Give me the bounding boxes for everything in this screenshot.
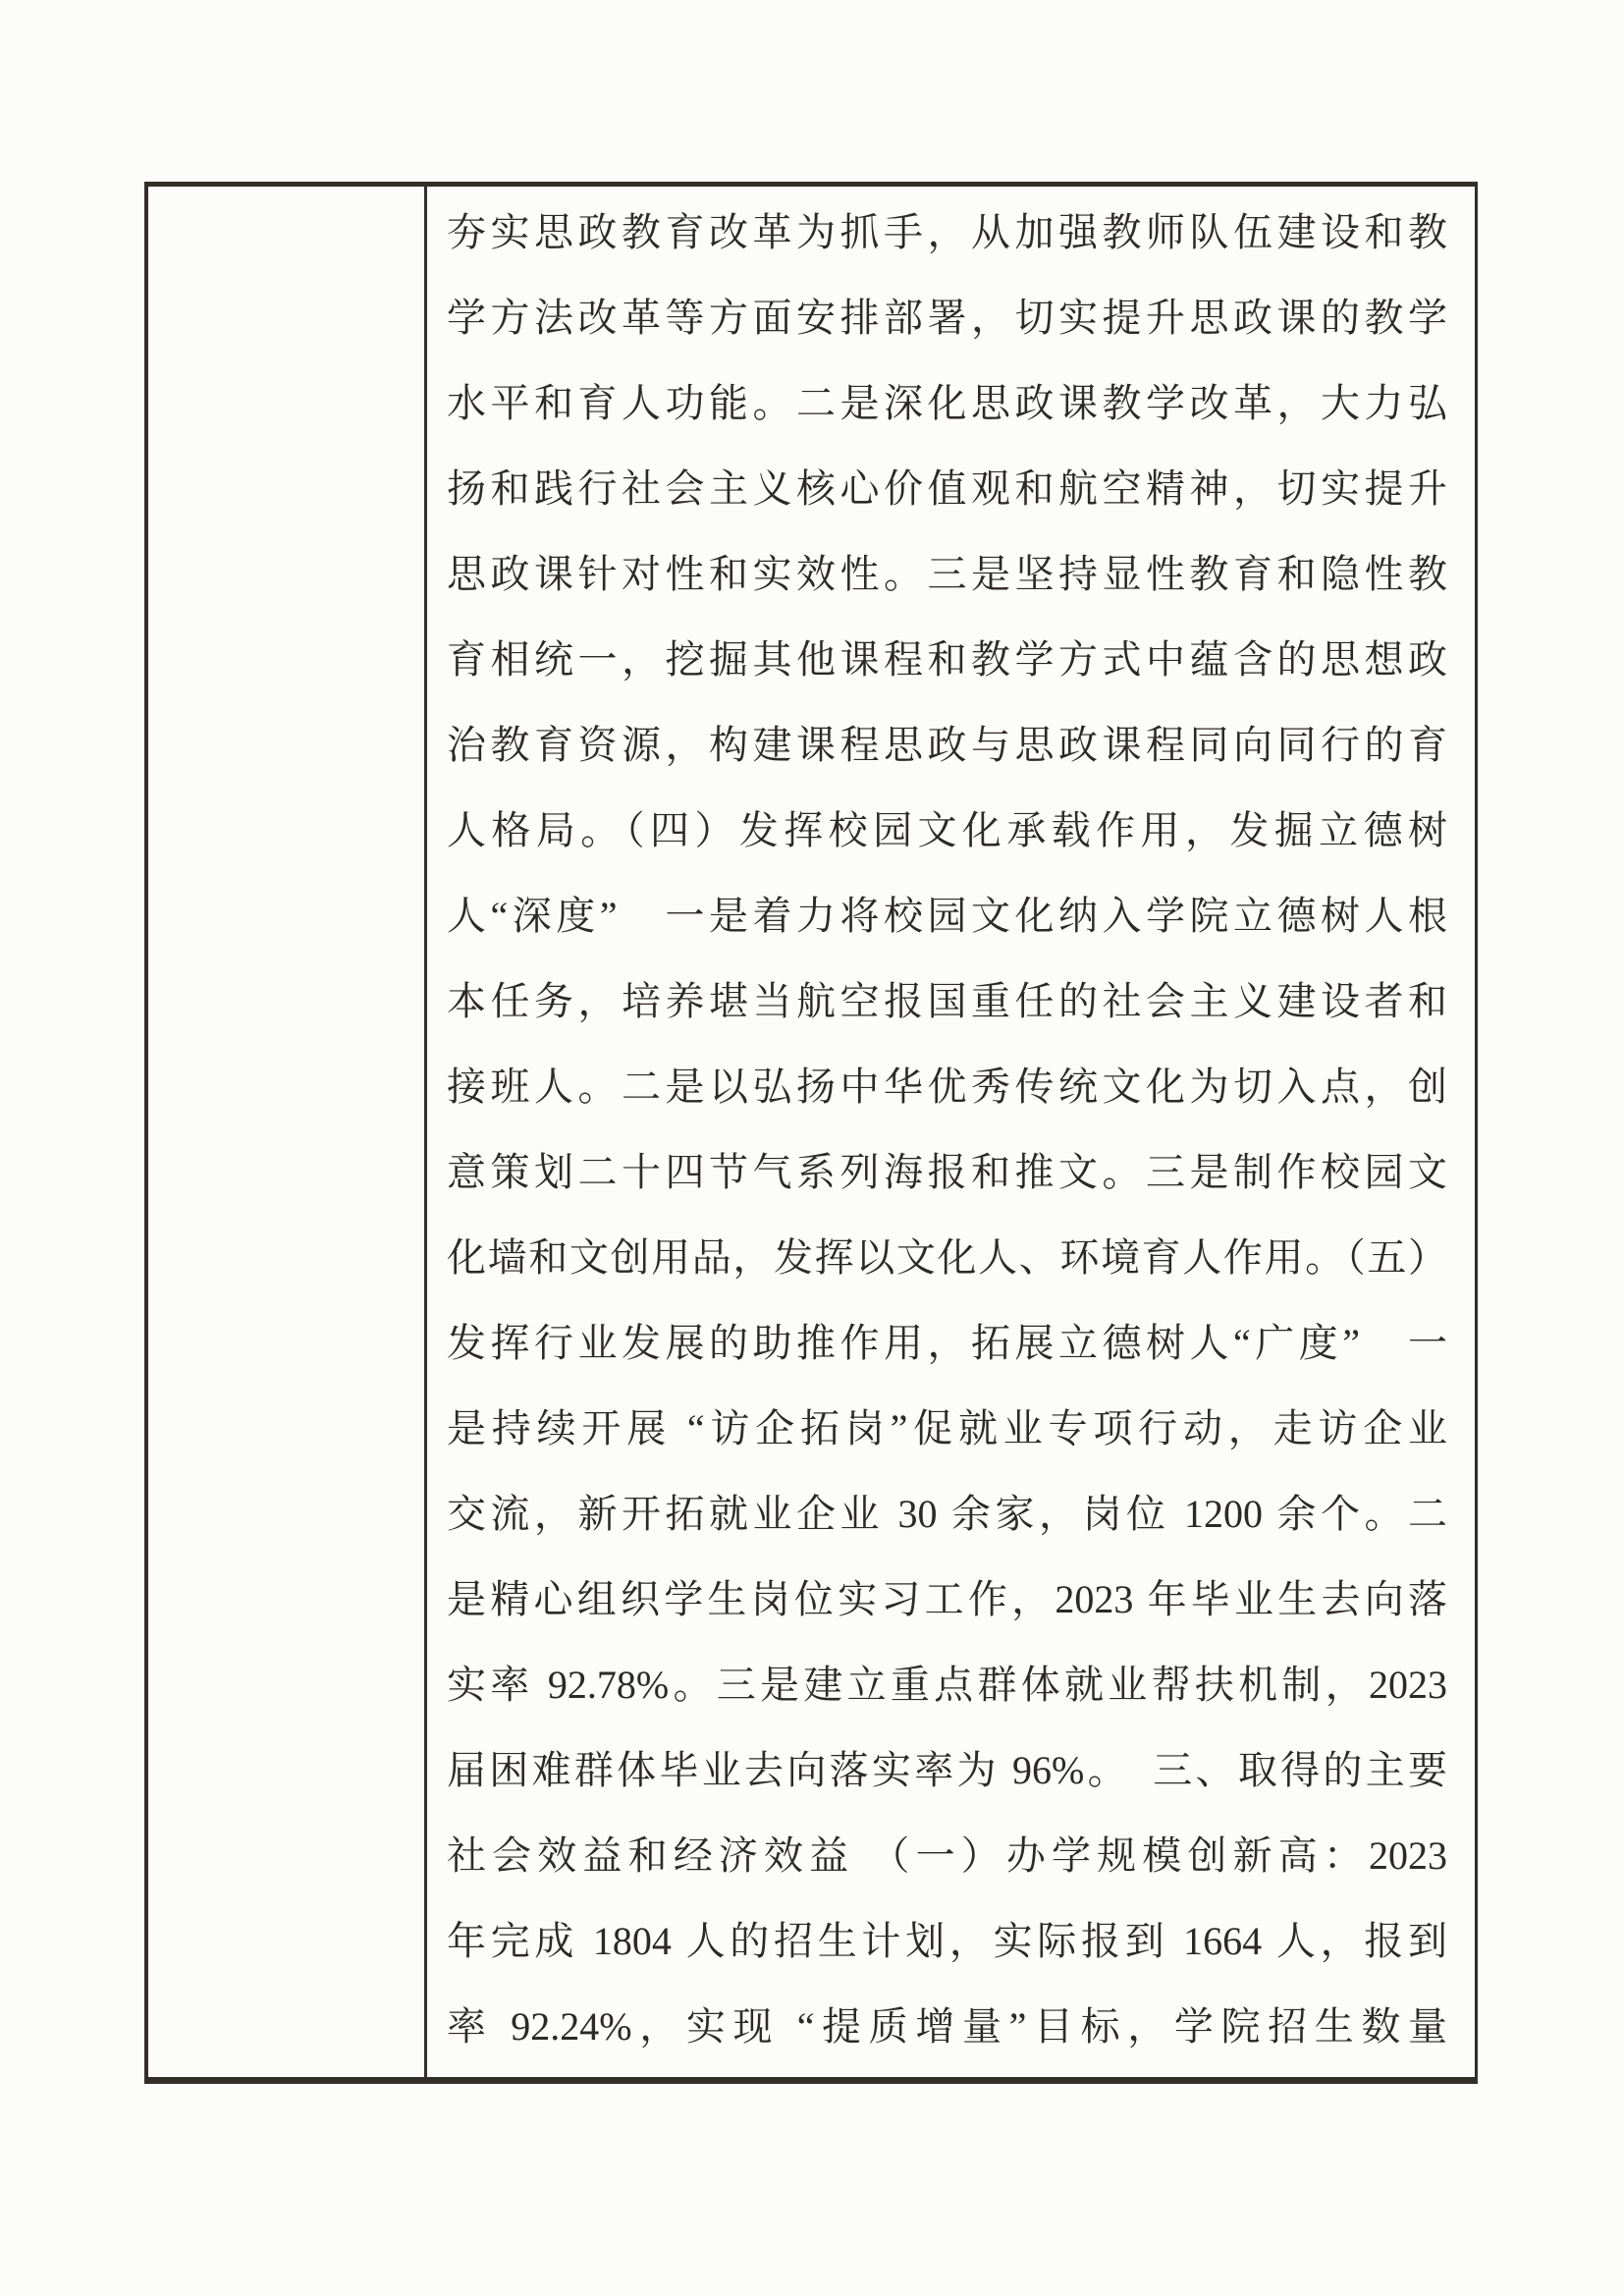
text-line: 育相统一，挖掘其他课程和教学方式中蕴含的思想政	[447, 617, 1447, 702]
text-line: 思政课针对性和实效性。三是坚持显性教育和隐性教	[447, 531, 1447, 617]
text-line: 率 92.24%，实现 “提质增量”目标，学院招生数量	[447, 1984, 1447, 2069]
text-line: 化墙和文创用品，发挥以文化人、环境育人作用。（五）	[447, 1215, 1447, 1300]
text-line: 夯实思政教育改革为抓手，从加强教师队伍建设和教	[447, 190, 1447, 275]
text-line: 人格局。（四）发挥校园文化承载作用，发掘立德树	[447, 788, 1447, 873]
text-line: 意策划二十四节气系列海报和推文。三是制作校园文	[447, 1129, 1447, 1215]
table-left-empty-cell	[148, 187, 427, 2077]
text-line: 实率 92.78%。三是建立重点群体就业帮扶机制，2023	[447, 1642, 1447, 1727]
text-line: 本任务，培养堪当航空报国重任的社会主义建设者和	[447, 958, 1447, 1044]
text-line: 接班人。二是以弘扬中华优秀传统文化为切入点，创	[447, 1044, 1447, 1129]
text-line: 发挥行业发展的助推作用，拓展立德树人“广度” 一	[447, 1300, 1447, 1386]
text-line: 年完成 1804 人的招生计划，实际报到 1664 人，报到	[447, 1898, 1447, 1984]
text-line: 是精心组织学生岗位实习工作，2023 年毕业生去向落	[447, 1557, 1447, 1642]
text-line: 水平和育人功能。二是深化思政课教学改革，大力弘	[447, 360, 1447, 446]
text-line: 学方法改革等方面安排部署，切实提升思政课的教学	[447, 275, 1447, 360]
text-line: 人“深度” 一是着力将校园文化纳入学院立德树人根	[447, 873, 1447, 958]
table-content-cell: 夯实思政教育改革为抓手，从加强教师队伍建设和教 学方法改革等方面安排部署，切实提…	[427, 187, 1475, 2077]
text-line: 交流，新开拓就业企业 30 余家，岗位 1200 余个。二	[447, 1471, 1447, 1557]
text-line: 届困难群体毕业去向落实率为 96%。 三、取得的主要	[447, 1727, 1447, 1813]
text-line: 扬和践行社会主义核心价值观和航空精神，切实提升	[447, 446, 1447, 531]
document-table: 夯实思政教育改革为抓手，从加强教师队伍建设和教 学方法改革等方面安排部署，切实提…	[144, 182, 1478, 2084]
text-line: 是持续开展 “访企拓岗”促就业专项行动，走访企业	[447, 1386, 1447, 1471]
scanned-document-page: 夯实思政教育改革为抓手，从加强教师队伍建设和教 学方法改革等方面安排部署，切实提…	[0, 0, 1624, 2296]
text-line: 治教育资源，构建课程思政与思政课程同向同行的育	[447, 702, 1447, 788]
text-line: 社会效益和经济效益 （一）办学规模创新高：2023	[447, 1813, 1447, 1898]
